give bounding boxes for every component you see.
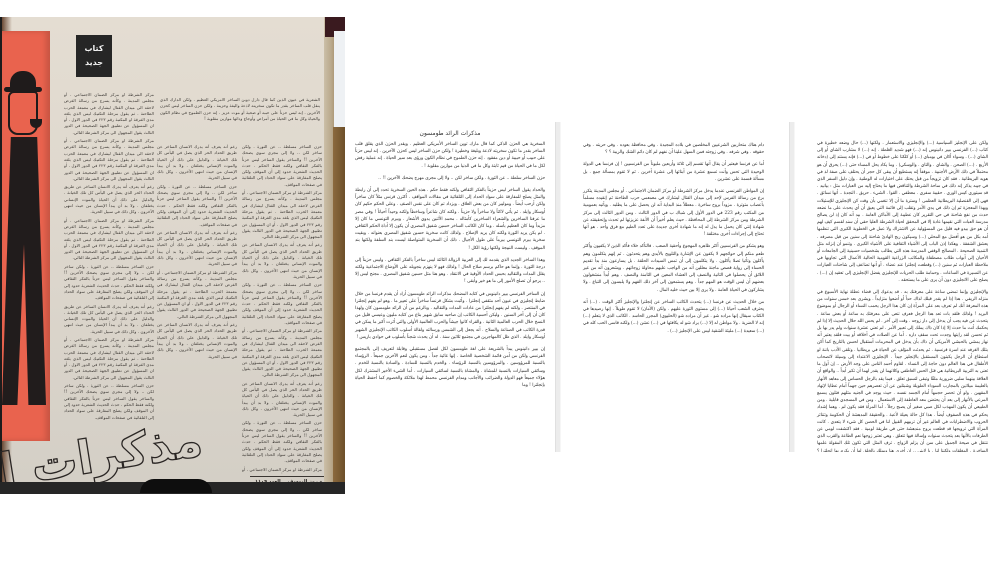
page-2-body: دام هناك متحاربين الشرعيين المخلصين في ب…: [583, 142, 764, 335]
page-3-body: ولكن على الإنجليز السياسية (...) والإنجل…: [817, 140, 988, 452]
paragraph: إن المواطن الفرنسي عندما يدخل مركز الشرط…: [583, 188, 764, 238]
table-surface: [333, 127, 345, 482]
pipe-icon: [30, 119, 42, 128]
paragraph: السخرية هي الحزن الذكي كما قال مارك توين…: [355, 141, 545, 170]
illustration-panel: [2, 31, 50, 441]
next-page-strip: [334, 31, 345, 131]
scan-column-left: مركز الشرطة او مركز الضمان الاجتماعي . أ…: [64, 92, 154, 422]
paragraph: إن بيير دانينوس يبدأ بالشريعة على لغة طو…: [355, 346, 545, 389]
device-notch: [140, 479, 212, 493]
page-1-body: السخرية هي الحزن الذكي كما قال مارك توين…: [355, 141, 545, 389]
scan-column-middle: رغم أنه يعرف أنه يدرك الانسان الساخر عن …: [157, 144, 237, 389]
paragraph: وهو يشكو من الفرنسيين أكثر ظاهره المهجوع…: [583, 243, 764, 293]
magazine-page: كتاب جديد الشعرية في عيون الذين كما قال …: [2, 17, 332, 482]
transcription-page-1: مذكرات الرائد طومسون السخرية هي الحزن ال…: [345, 122, 555, 412]
paragraph: أما عن فرنسا فيعتبر أن يقال أنها تقسم إل…: [583, 161, 764, 183]
paragraph: من خلال الحديث عن فرنسا (...) يتحدث الكا…: [583, 299, 764, 335]
magazine-scan-photo: كتاب جديد الشعرية في عيون الذين كما قال …: [0, 17, 345, 494]
paragraph: ولكن على الإنجليز السياسية (...) والإنجل…: [817, 140, 988, 284]
scan-intro-paragraph: الشعرية في عيون الذين كما قال دارل دوبن …: [160, 97, 320, 141]
paragraph: والإنجليزي وإنما تمضي ساعة على معرفتك به…: [817, 289, 988, 452]
paragraph: إن الساخر الفرنسي بيير دانينوس في كتابه …: [355, 291, 545, 341]
transcription-page-3: ولكن على الإنجليز السياسية (...) والإنجل…: [795, 122, 1000, 452]
badge-line-2: جديد: [85, 56, 103, 70]
section-badge: كتاب جديد: [76, 35, 112, 77]
scan-column-right: حزن الساخر مسلطة .. عن الثورة . ولكن ساخ…: [242, 144, 322, 474]
man-coat-illustration: [2, 137, 46, 405]
paragraph: وهذا الساخر الجديد الذي يقدمه لك إلى الع…: [355, 257, 545, 286]
transcription-page-2: دام هناك متحاربين الشرعيين المخلصين في ب…: [561, 122, 786, 452]
man-face-illustration: [8, 91, 38, 135]
paragraph: حزن الساخر سلطة .. عن الثورة . ولكن ساخر…: [355, 175, 545, 182]
transcription-title: مذكرات الرائد طومسون: [355, 130, 545, 137]
paragraph: دام هناك متحاربين الشرعيين المخلصين في ب…: [583, 142, 764, 156]
paragraph: والحداد يقول الساخر ليس حزيناً بالفكر ال…: [355, 187, 545, 252]
badge-line-1: كتاب: [85, 42, 104, 56]
